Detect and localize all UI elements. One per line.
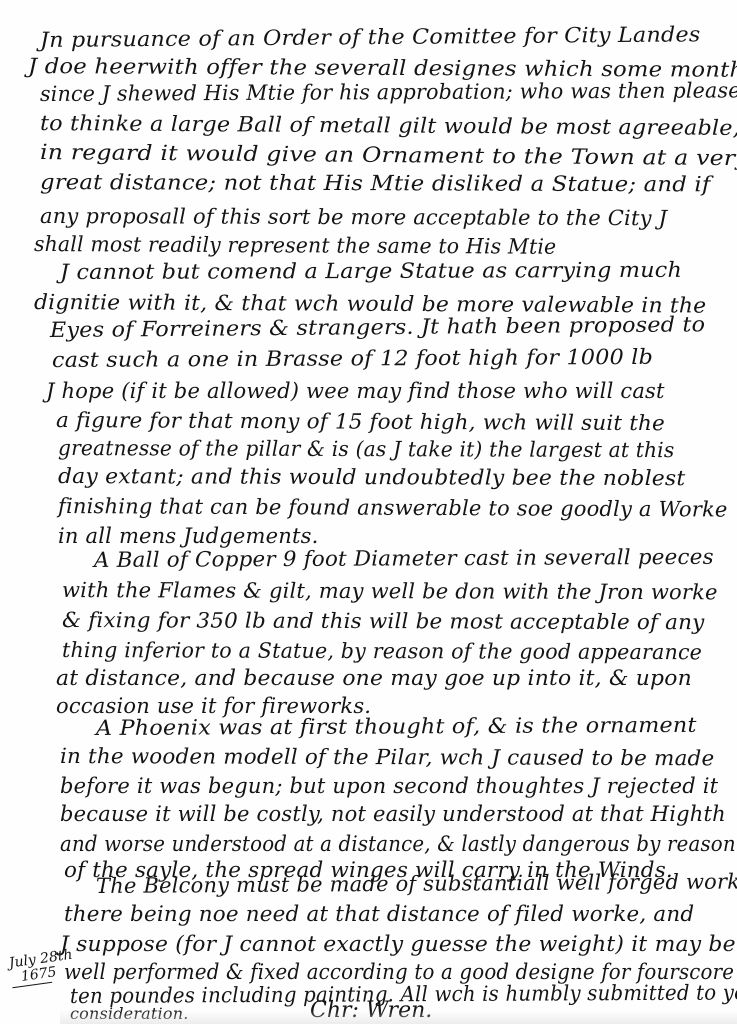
text-line-11: Eyes of Forreiners & strangers. Jt hath … (50, 314, 705, 341)
scan-edge-shadow (60, 1010, 737, 1024)
text-line-7: any proposall of this sort be more accep… (40, 206, 667, 229)
text-line-6: great distance; not that His Mtie dislik… (40, 172, 711, 195)
text-line-1: Jn pursuance of an Order of the Comittee… (40, 24, 701, 51)
text-line-25: A Phoenix was at first thought of, & is … (96, 715, 697, 739)
text-line-13: J hope (if it be allowed) wee may find t… (46, 381, 665, 402)
text-line-20: with the Flames & gilt, may well be don … (62, 580, 718, 603)
text-line-21: & fixing for 350 lb and this will be mos… (62, 610, 704, 633)
text-line-34: well performed & fixed according to a go… (64, 962, 737, 983)
text-line-19: A Ball of Copper 9 foot Diameter cast in… (94, 547, 714, 571)
text-line-3: since J shewed His Mtie for his approbat… (40, 80, 737, 105)
text-line-27: before it was begun; but upon second tho… (60, 776, 718, 797)
text-line-14: a figure for that mony of 15 foot high, … (56, 410, 665, 434)
text-line-33: J suppose (for J cannot exactly guesse t… (60, 934, 736, 955)
text-line-17: finishing that can be found answerable t… (58, 496, 728, 521)
text-line-15: greatnesse of the pillar & is (as J take… (58, 438, 674, 461)
text-line-4: to thinke a large Ball of metall gilt wo… (40, 113, 737, 139)
text-line-5: in regard it would give an Ornament to t… (40, 142, 737, 169)
manuscript-page: Jn pursuance of an Order of the Comittee… (0, 0, 737, 1024)
text-line-31: The Belcony must be made of substantiall… (96, 871, 737, 897)
text-line-9: J cannot but comend a Large Statue as ca… (60, 260, 682, 283)
text-line-12: cast such a one in Brasse of 12 foot hig… (52, 347, 653, 371)
text-line-29: and worse understood at a distance, & la… (60, 834, 736, 855)
text-line-22: thing inferior to a Statue, by reason of… (62, 640, 702, 663)
text-line-23: at distance, and because one may goe up … (56, 668, 692, 689)
text-line-26: in the wooden modell of the Pilar, wch J… (60, 746, 714, 769)
text-line-8: shall most readily represent the same to… (34, 234, 556, 258)
text-line-18: in all mens Judgements. (58, 526, 318, 547)
text-line-16: day extant; and this would undoubtedly b… (58, 466, 685, 489)
text-line-28: because it will be costly, not easily un… (60, 804, 726, 825)
text-line-32: there being noe need at that distance of… (64, 904, 694, 925)
text-line-2: J doe heerwith offer the severall design… (28, 56, 737, 81)
